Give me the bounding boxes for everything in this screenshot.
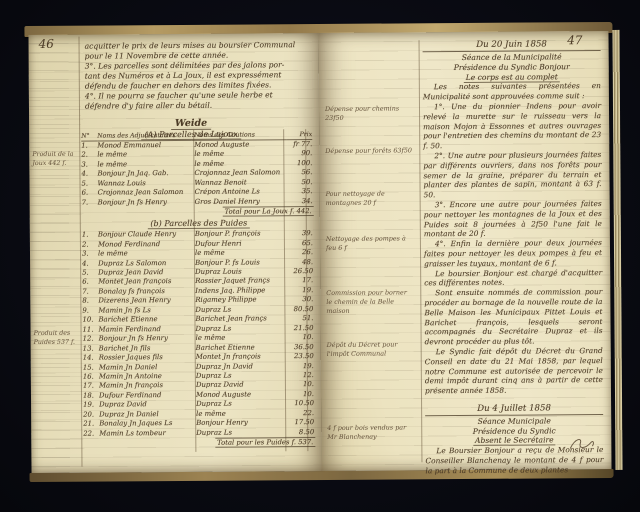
page-spread: 46 acquitter le prix de leurs mises au b… [24, 31, 615, 473]
row-number: 9. [82, 306, 98, 316]
row-price: 21.50 [288, 324, 314, 334]
row-number: 14. [83, 354, 99, 364]
margin-note-lajoux-produit: Produit de la Joux 442 f. [32, 151, 78, 169]
margin-note-pompes: Nettoyage des pompes à feu 6 f [326, 234, 414, 252]
row-price: 10. [288, 333, 314, 343]
row-number: 5. [81, 179, 97, 189]
row-number: 1. [81, 142, 97, 152]
minutes-paragraph: 3°. Encore une autre pour journées faite… [424, 199, 602, 239]
row-price: fr 77. [286, 140, 312, 150]
row-price: 26. [287, 248, 313, 258]
margin-note-forets: Dépense pour forêts 63f50 [325, 146, 413, 155]
row-price: 23.50 [288, 352, 314, 362]
row-price: 100. [286, 159, 312, 169]
row-number: 3. [82, 250, 98, 260]
row-number: 3. [81, 160, 97, 170]
minutes-paragraph: 4°. Enfin la dernière pour deux journées… [424, 238, 602, 269]
minutes-entry-20-juin: Du 20 Juin 1858 Séance de la Municipalit… [423, 39, 603, 396]
minutes-paragraph: 1°. Une du pionnier Indens pour avoir re… [423, 101, 601, 151]
row-number: 15. [83, 363, 99, 373]
ledger-book: 46 acquitter le prix de leurs mises au b… [22, 22, 617, 482]
row-price: 12. [288, 371, 314, 381]
margin-note-bois: 4 f pour bois vendus par Mr Blanchenay [327, 423, 415, 441]
row-number: 17. [83, 382, 99, 392]
row-price: 50. [286, 178, 312, 188]
row-price: 8.50 [288, 428, 314, 438]
row-price: 36.50 [288, 343, 314, 353]
minutes-paragraph: Sont ensuite nommés de commission pour p… [424, 287, 602, 347]
row-number: 6. [82, 189, 98, 199]
entry-paragraphs: Les notes suivantes présentées en Munici… [423, 81, 603, 396]
adjudicataire-name: Bonjour Jn fs Henry [98, 198, 192, 208]
row-price: 19. [288, 362, 314, 372]
entry-date-heading: Du 4 Juillet 1858 [425, 403, 603, 416]
auction-table: N° Noms des Adjudicataires Noms des Caut… [81, 130, 317, 449]
row-number: 21. [83, 420, 99, 430]
row-price: 35. [287, 187, 313, 197]
entry-date-heading: Du 20 Juin 1858 [423, 39, 601, 52]
row-price: 56. [286, 168, 312, 178]
intro-paragraph: acquitter le prix de leurs mises au bour… [85, 40, 315, 112]
margin-note-decret: Dépôt du Décret pour l'impôt Communal [327, 340, 415, 358]
col-header-adjudicataires: Noms des Adjudicataires [97, 131, 191, 142]
margin-rule [419, 40, 423, 462]
row-price: 80.50 [287, 305, 313, 315]
row-number: 22. [83, 429, 99, 439]
row-price: 22. [288, 409, 314, 419]
row-price: 30. [287, 295, 313, 305]
row-number: 12. [83, 335, 99, 345]
lajoux-rows: 1. Monod Emmanuel Monod Auguste fr 77. 2… [81, 140, 315, 208]
col-header-prix: Prix [286, 130, 312, 140]
row-price: 10. [288, 390, 314, 400]
row-price: 39. [287, 229, 313, 239]
row-number: 11. [83, 325, 99, 335]
row-price: 17. [287, 276, 313, 286]
row-price: 10.50 [288, 399, 314, 409]
signature-flourish-icon [567, 435, 597, 453]
row-number: 2. [81, 151, 97, 161]
row-number: 2. [82, 240, 98, 250]
row-number: 7. [82, 198, 98, 208]
row-number: 20. [83, 410, 99, 420]
row-number: 4. [82, 259, 98, 269]
row-price: 26.50 [287, 267, 313, 277]
row-price: 17.50 [288, 418, 314, 428]
minutes-text-column: Du 20 Juin 1858 Séance de la Municipalit… [423, 39, 604, 476]
row-number: 7. [82, 287, 98, 297]
row-price: 34. [287, 197, 313, 207]
minutes-paragraph: 2°. Une autre pour plusieurs journées fa… [423, 150, 601, 200]
margin-note-chemins: Dépense pour chemins 23f50 [325, 104, 413, 122]
photo-background: 46 acquitter le prix de leurs mises au b… [0, 0, 640, 512]
puides-rows: 1. Bonjour Claude Henry Bonjour P. franç… [82, 229, 317, 439]
row-number: 18. [83, 391, 99, 401]
intro-lines: acquitter le prix de leurs mises au bour… [85, 40, 315, 112]
minutes-paragraph: Le Syndic fait dépôt du Décret du Grand … [425, 346, 603, 396]
row-number: 1. [82, 231, 98, 241]
minutes-paragraph: Les notes suivantes présentées en Munici… [423, 81, 601, 102]
row-number: 8. [82, 297, 98, 307]
row-number: 6. [82, 278, 98, 288]
row-price: 51. [287, 314, 313, 324]
row-price: 48. [287, 258, 313, 268]
page-number-left: 46 [38, 37, 53, 51]
row-number: 13. [83, 344, 99, 354]
row-number: 10. [82, 316, 98, 326]
margin-note-commission: Commission pour borner le chemin de la B… [326, 288, 414, 315]
col-header-num: N° [81, 132, 97, 142]
right-page: 47 Dépense pour chemins 23f50 Dépense po… [318, 31, 611, 471]
left-page: 46 acquitter le prix de leurs mises au b… [28, 33, 321, 473]
row-number: 16. [83, 373, 99, 383]
bleed-through-lines [28, 35, 83, 473]
adjudicataire-name: Mamin Ls tombeur [99, 429, 193, 439]
margin-note-montagnes: Pour nettoyage de montagnes 20 f [326, 189, 414, 207]
row-number: 4. [81, 170, 97, 180]
margin-note-puides-produit: Produit des Puides 537 f. [34, 330, 80, 348]
minutes-paragraph: Le boursier Bonjour est chargé d'acquitt… [424, 268, 602, 289]
row-number: 19. [83, 401, 99, 411]
row-price: 10. [288, 380, 314, 390]
col-header-cautions: Noms des Cautions [191, 130, 286, 141]
row-number: 5. [82, 269, 98, 279]
row-price: 65. [287, 239, 313, 249]
row-price: 90. [286, 150, 312, 160]
puides-total: Total pour les Puides f. 537. [83, 437, 317, 449]
row-price: 19. [287, 286, 313, 296]
